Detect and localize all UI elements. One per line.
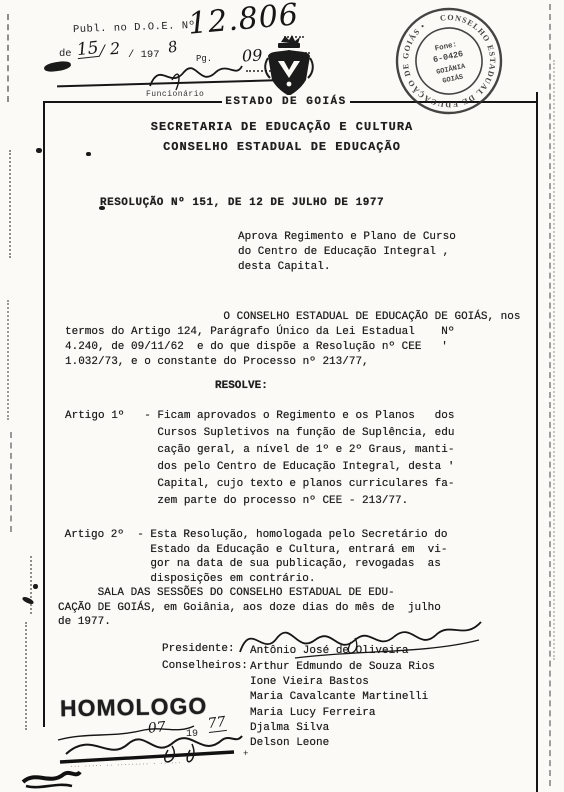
- scan-mark: [7, 300, 9, 420]
- article-1-line: Cursos Supletivos na função de Suplência…: [65, 425, 454, 442]
- preamble-line: 4.240, de 09/11/62 e do que dispõe a Res…: [65, 340, 520, 355]
- article-2-line: Estado da Educação e Cultura, entrará em…: [58, 543, 447, 558]
- article-2-line: disposições em contrário.: [58, 572, 447, 587]
- header-secretariat: SECRETARIA DE EDUCAÇÃO E CULTURA: [0, 120, 564, 135]
- counselor-name: Maria Lucy Ferreira: [250, 706, 435, 721]
- article-1-line: cação geral, a nível de 1º e 2º Graus, m…: [65, 442, 454, 459]
- preamble-line: termos do Artigo 124, Parágrafo Único da…: [65, 325, 520, 340]
- article-1-line: Artigo 1º - Ficam aprovados o Regimento …: [65, 408, 454, 425]
- year-digit-handwritten: 8: [167, 39, 179, 55]
- corner-ink-scribble: [20, 766, 84, 792]
- article-2-line: SALA DAS SESSÕES DO CONSELHO ESTADUAL DE…: [58, 586, 447, 601]
- article-1: Artigo 1º - Ficam aprovados o Regimento …: [65, 408, 454, 510]
- day-handwritten: 15: [76, 41, 99, 59]
- date-prefix-label: de: [59, 47, 72, 62]
- resolution-preamble: O CONSELHO ESTADUAL DE EDUCAÇÃO DE GOIÁS…: [65, 310, 520, 370]
- homologo-small-text: ··· ····· ·· ········· · ·· ···: [70, 756, 182, 775]
- article-2-line: gor na data de sua publicação, revogadas…: [58, 557, 447, 572]
- resolution-title: RESOLUÇÃO Nº 151, DE 12 DE JULHO DE 1977: [100, 196, 384, 211]
- header-council: CONSELHO ESTADUAL DE EDUCAÇÃO: [0, 140, 564, 155]
- scan-mark: [30, 556, 32, 614]
- president-signature-scribble: [235, 612, 485, 662]
- article-1-line: Capital, cujo texto e planos curriculare…: [65, 476, 454, 493]
- coat-of-arms: [262, 34, 316, 102]
- document-page: Publ. no D.O.E. Nº 12.806 de 15 / 2 / 19…: [0, 0, 564, 792]
- homologo-plus-mark: +: [243, 747, 248, 762]
- preamble-line: 1.032/73, e o constante do Processo nº 2…: [65, 355, 520, 370]
- article-1-line: zem parte do processo nº CEE - 213/77.: [65, 493, 454, 510]
- counselor-name: Ione Vieira Bastos: [250, 675, 435, 690]
- frame-border-right: [536, 92, 538, 792]
- doe-number-handwritten: 12.806: [188, 7, 300, 32]
- summary-line: Aprova Regimento e Plano de Curso: [238, 230, 456, 245]
- scan-speck: [22, 596, 35, 606]
- frame-border-left: [43, 101, 45, 727]
- counselors-list: Arthur Edmundo de Souza Rios Ione Vieira…: [250, 660, 435, 751]
- homologo-stamp-title: HOMOLOGO: [60, 699, 208, 717]
- counselor-name: Djalma Silva: [250, 721, 435, 736]
- publication-stamp-label: Publ. no D.O.E. Nº: [73, 19, 196, 38]
- scan-mark: [9, 150, 11, 258]
- official-role-label: Funcionário: [146, 87, 204, 102]
- counselor-name: Arthur Edmundo de Souza Rios: [250, 660, 435, 675]
- scan-mark: [10, 432, 12, 532]
- scan-mark: [7, 14, 9, 102]
- scan-mark: [25, 622, 27, 730]
- council-round-stamp: CONSELHO ESTADUAL DE EDUCAÇÃO DE GOIÁS •…: [381, 0, 516, 129]
- article-1-line: dos pelo Centro de Educação Integral, de…: [65, 459, 454, 476]
- header-state: ESTADO DE GOIÁS: [222, 95, 350, 110]
- article-2-line: Artigo 2º - Esta Resolução, homologada p…: [58, 528, 447, 543]
- preamble-line: O CONSELHO ESTADUAL DE EDUCAÇÃO DE GOIÁS…: [65, 310, 520, 325]
- counselor-name: Delson Leone: [250, 736, 435, 751]
- date-slash: /: [100, 44, 105, 59]
- summary-line: do Centro de Educação Integral ,: [238, 245, 456, 260]
- summary-line: desta Capital.: [238, 260, 456, 275]
- scan-speck: [33, 584, 38, 589]
- month-handwritten: 2: [109, 41, 120, 57]
- resolution-summary: Aprova Regimento e Plano de Curso do Cen…: [238, 230, 456, 275]
- counselor-name: Maria Cavalcante Martinelli: [250, 690, 435, 705]
- resolve-label: RESOLVE:: [215, 379, 268, 394]
